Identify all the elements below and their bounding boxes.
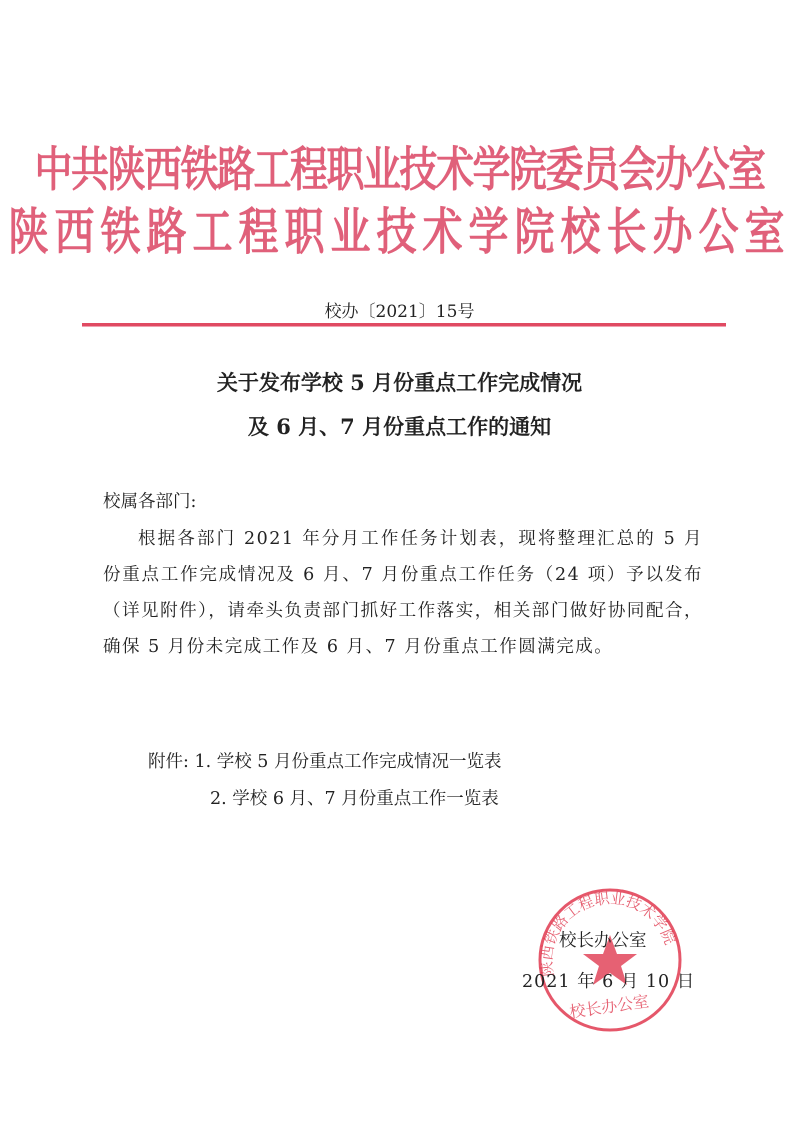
attachment-item-1: 附件: 1. 学校 5 月份重点工作完成情况一览表: [148, 744, 502, 780]
issuing-authority-line-2: 陕西铁路工程职业技术学院校长办公室: [0, 193, 799, 264]
notice-title-line-1: 关于发布学校 5 月份重点工作完成情况: [0, 367, 799, 397]
salutation: 校属各部门:: [103, 484, 196, 520]
notice-title-line-2: 及 6 月、7 月份重点工作的通知: [0, 411, 799, 441]
red-separator-line-shadow: [82, 326, 726, 327]
svg-text:校长办公室: 校长办公室: [568, 992, 650, 1022]
attachment-label: 附件:: [148, 752, 189, 772]
body-paragraph: 根据各部门 2021 年分月工作任务计划表，现将整理汇总的 5 月份重点工作完成…: [103, 521, 703, 665]
attachment-item-2: 2. 学校 6 月、7 月份重点工作一览表: [210, 781, 499, 817]
attachment-text: 1. 学校 5 月份重点工作完成情况一览表: [194, 752, 501, 772]
issue-date: 2021 年 6 月 10 日: [522, 968, 695, 993]
issuing-authority-line-1: 中共陕西铁路工程职业技术学院委员会办公室: [0, 131, 799, 200]
signing-office: 校长办公室: [559, 927, 647, 952]
document-number: 校办〔2021〕15号: [0, 297, 799, 322]
official-seal-icon: 陕西铁路工程职业技术学院 校长办公室: [525, 880, 695, 1040]
